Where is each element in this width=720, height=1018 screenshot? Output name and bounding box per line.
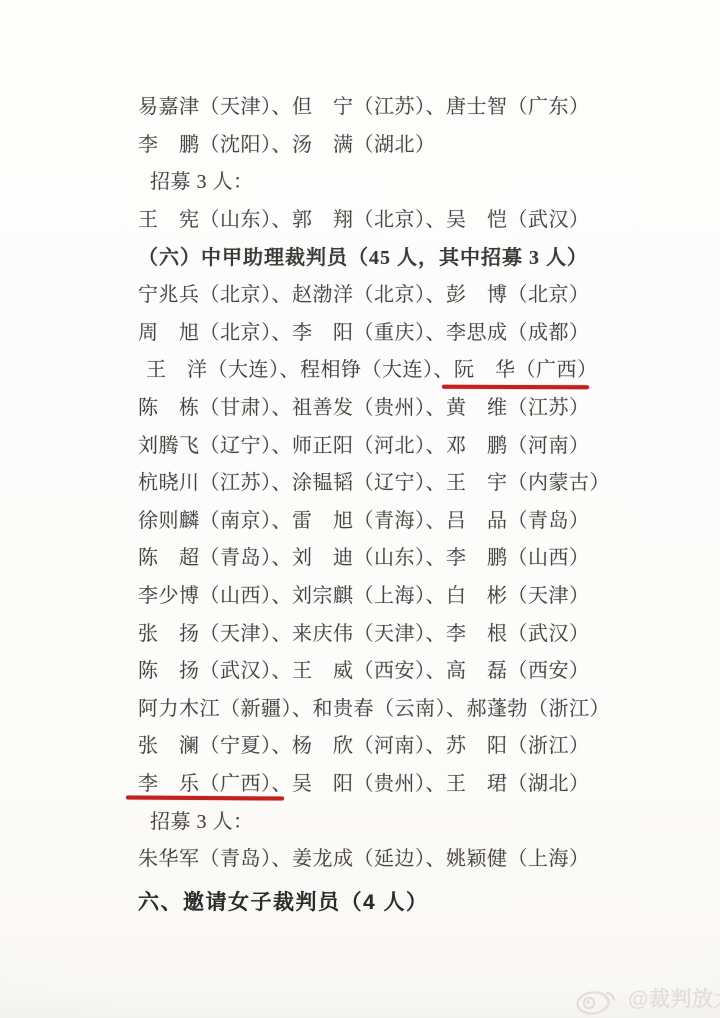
document-line: 周 旭（北京）、李 阳（重庆）、李思成（成都） <box>138 312 658 350</box>
recruit-count-line: 招募 3 人： <box>138 800 658 838</box>
document-line: 易嘉津（天津）、但 宁（江苏）、唐士智（广东） <box>138 86 658 124</box>
document-line: 陈 超（青岛）、刘 迪（山东）、李 鹏（山西） <box>138 537 658 575</box>
chapter-heading-line: 六、邀请女子裁判员（4 人） <box>138 882 658 920</box>
document-line: 刘腾飞（辽宁）、师正阳（河北）、邓 鹏（河南） <box>138 424 658 462</box>
document-line-with-underline: 李 乐（广西）、吴 阳（贵州）、王 珺（湖北） <box>138 763 658 801</box>
section-heading-line: （六）中甲助理裁判员（45 人，其中招募 3 人） <box>138 236 658 274</box>
document-line: 杭晓川（江苏）、涂韫韬（辽宁）、王 宇（内蒙古） <box>138 462 658 500</box>
document-line: 阿力木江（新疆）、和贵春（云南）、郝蓬勃（浙江） <box>138 688 658 726</box>
document-line: 张 澜（宁夏）、杨 欣（河南）、苏 阳（浙江） <box>138 725 658 763</box>
weibo-logo-icon <box>574 980 624 1016</box>
document-line: 张 扬（天津）、来庆伟（天津）、李 根（武汉） <box>138 612 658 650</box>
document-line: 王 宪（山东）、郭 翔（北京）、吴 恺（武汉） <box>138 199 658 237</box>
document-line: 宁兆兵（北京）、赵渤洋（北京）、彭 博（北京） <box>138 274 658 312</box>
document-line: 陈 栋（甘肃）、祖善发（贵州）、黄 维（江苏） <box>138 387 658 425</box>
red-underline-annotation-ruan-hua <box>442 385 589 390</box>
document-line: 李少博（山西）、刘宗麒（上海）、白 彬（天津） <box>138 575 658 613</box>
document-photo-page: { "doc": { "text_color": "#454240", "und… <box>0 0 720 1018</box>
document-line: 朱华军（青岛）、姜龙成（延边）、姚颖健（上海） <box>138 838 658 876</box>
document-line: 李 鹏（沈阳）、汤 满（湖北） <box>138 124 658 162</box>
document-text-block: 易嘉津（天津）、但 宁（江苏）、唐士智（广东） 李 鹏（沈阳）、汤 满（湖北） … <box>138 86 658 920</box>
watermark-handle: @裁判放大镜 <box>628 983 720 1013</box>
watermark: @裁判放大镜 <box>574 980 720 1016</box>
recruit-count-line: 招募 3 人： <box>138 161 658 199</box>
document-line-with-underline: 王 洋（大连）、程相铮（大连）、阮 华（广西） <box>138 349 658 387</box>
document-line: 徐则麟（南京）、雷 旭（青海）、吕 品（青岛） <box>138 500 658 538</box>
document-line: 陈 扬（武汉）、王 威（西安）、高 磊（西安） <box>138 650 658 688</box>
